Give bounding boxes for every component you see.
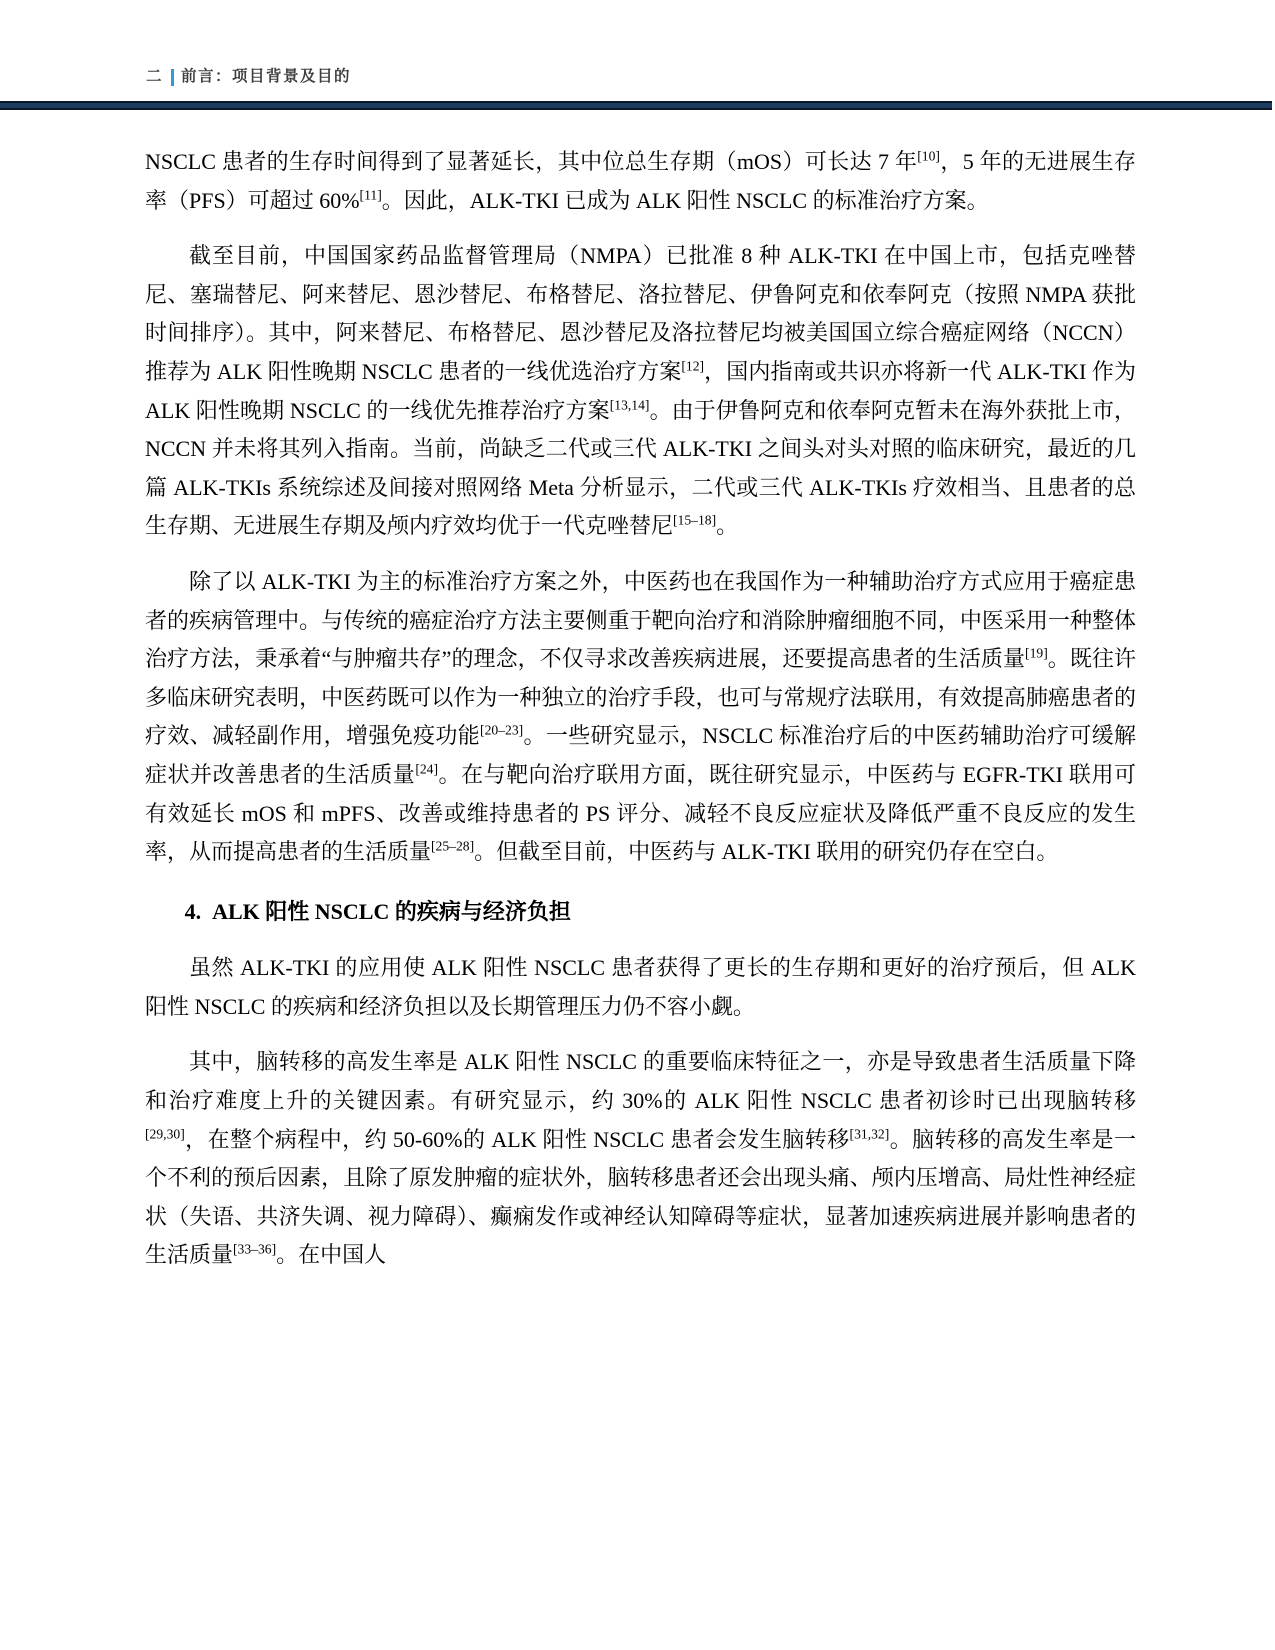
citation-reference: [11]	[360, 187, 382, 202]
header-divider-bar	[171, 69, 174, 86]
citation-reference: [24]	[415, 762, 438, 777]
citation-reference: [13,14]	[610, 397, 650, 412]
paragraph-nmpa-approvals: 截至目前，中国国家药品监督管理局（NMPA）已批准 8 种 ALK-TKI 在中…	[145, 237, 1136, 546]
paragraph-continuation: NSCLC 患者的生存时间得到了显著延长，其中位总生存期（mOS）可长达 7 年…	[145, 143, 1136, 220]
citation-reference: [25–28]	[431, 839, 474, 854]
citation-reference: [29,30]	[145, 1126, 185, 1141]
citation-reference: [20–23]	[480, 723, 523, 738]
citation-reference: [10]	[917, 149, 940, 164]
header-title: 前言：项目背景及目的	[181, 66, 351, 88]
header-rule-line	[0, 101, 1272, 110]
citation-reference: [31,32]	[850, 1126, 890, 1141]
citation-reference: [19]	[1025, 646, 1048, 661]
paragraph-burden-intro: 虽然 ALK-TKI 的应用使 ALK 阳性 NSCLC 患者获得了更长的生存期…	[145, 949, 1136, 1026]
document-page: 二 前言：项目背景及目的 NSCLC 患者的生存时间得到了显著延长，其中位总生存…	[0, 0, 1275, 1650]
document-body: NSCLC 患者的生存时间得到了显著延长，其中位总生存期（mOS）可长达 7 年…	[145, 143, 1136, 1292]
citation-reference: [33–36]	[233, 1242, 276, 1257]
citation-reference: [12]	[681, 359, 704, 374]
paragraph-brain-metastasis: 其中，脑转移的高发生率是 ALK 阳性 NSCLC 的重要临床特征之一，亦是导致…	[145, 1043, 1136, 1275]
paragraph-tcm-adjuvant: 除了以 ALK-TKI 为主的标准治疗方案之外，中医药也在我国作为一种辅助治疗方…	[145, 563, 1136, 872]
section-heading-4: 4. ALK 阳性 NSCLC 的疾病与经济负担	[145, 893, 1136, 932]
page-header: 二 前言：项目背景及目的	[146, 66, 351, 88]
citation-reference: [15–18]	[673, 513, 716, 528]
header-section-number: 二	[146, 66, 163, 88]
